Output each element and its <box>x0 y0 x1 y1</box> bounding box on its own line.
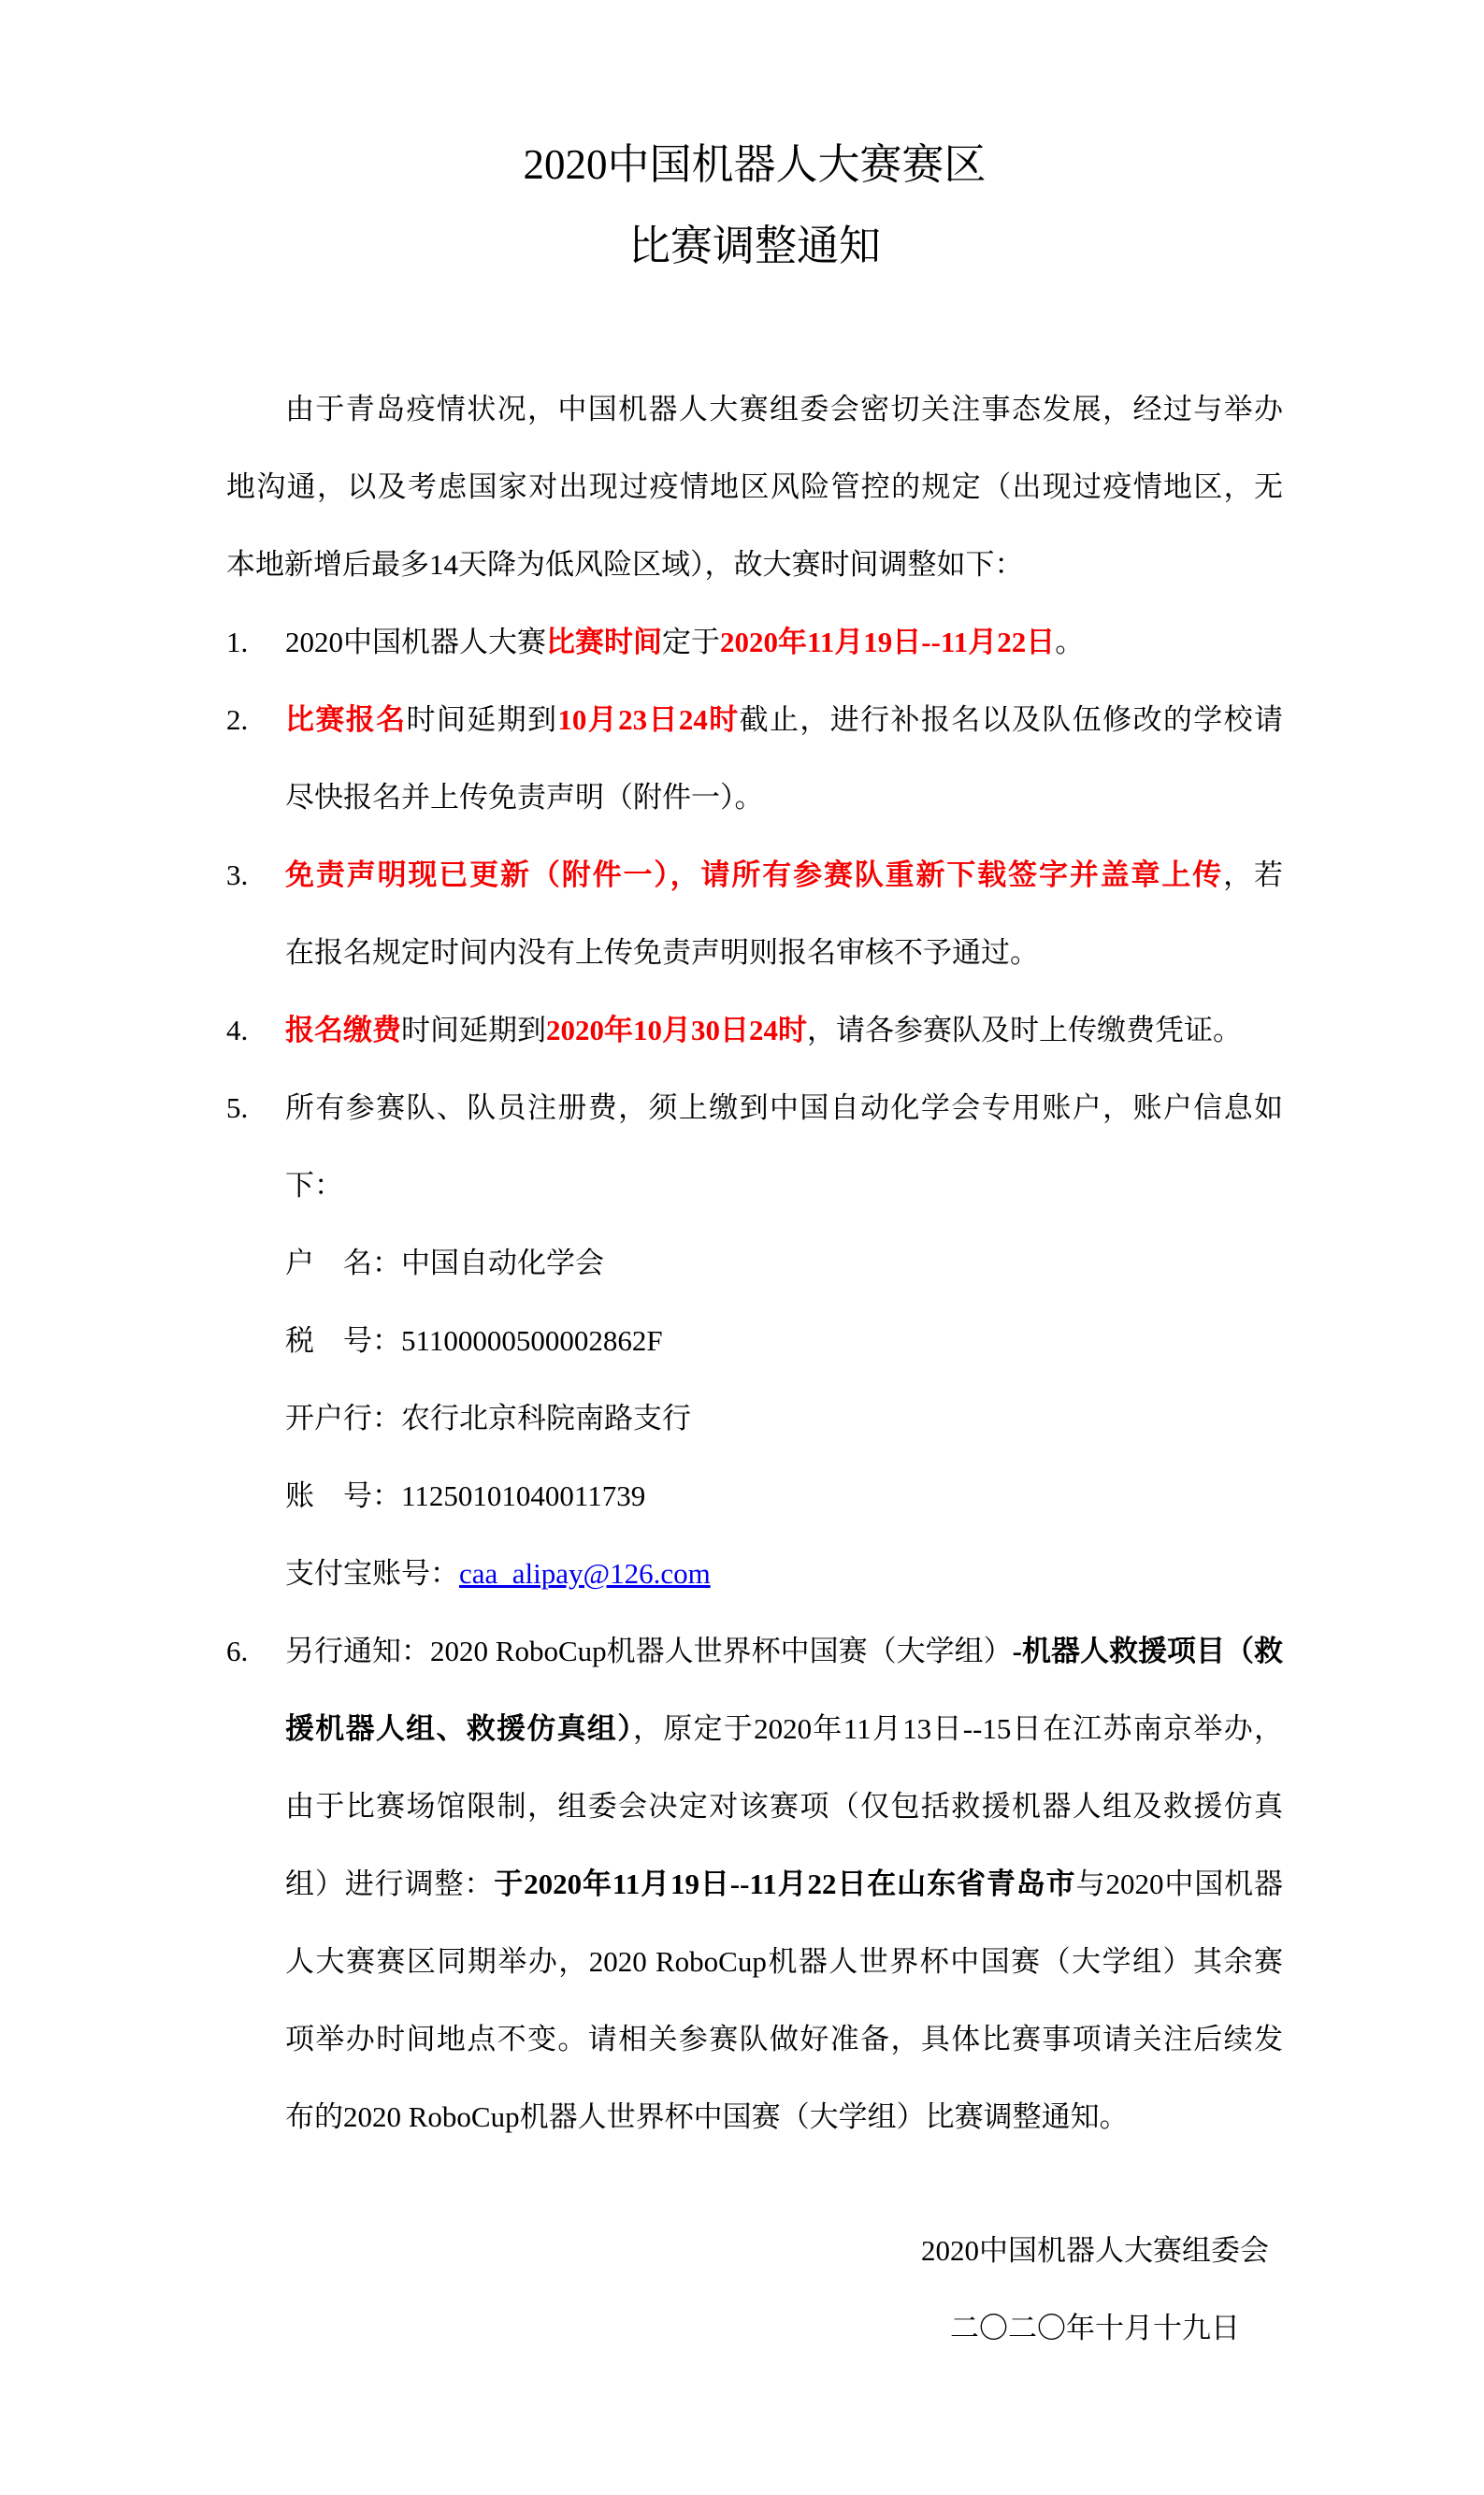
text-line: 组）进行调整：于2020年11月19日--11月22日在山东省青岛市与2020中… <box>285 1845 1283 1923</box>
text-segment: ，若 <box>1223 858 1283 891</box>
text-segment: 。 <box>1055 626 1084 658</box>
title-line-2: 比赛调整通知 <box>226 206 1283 287</box>
alipay-label: 支付宝账号： <box>285 1557 459 1590</box>
text-line: 2020中国机器人大赛比赛时间定于2020年11月19日--11月22日。 <box>285 603 1283 681</box>
title-line-1: 2020中国机器人大赛赛区 <box>226 124 1283 206</box>
list-number-3: 3. <box>226 836 285 914</box>
text-segment: 人大赛赛区同期举办，2020 RoboCup机器人世界杯中国赛（大学组）其余赛 <box>285 1945 1283 1978</box>
list-item-6: 6. 另行通知：2020 RoboCup机器人世界杯中国赛（大学组）-机器人救援… <box>226 1612 1283 2156</box>
account-alipay-row: 支付宝账号：caa_alipay@126.com <box>285 1535 1283 1612</box>
list-number-1: 1. <box>226 603 285 681</box>
intro-line-2: 地沟通，以及考虑国家对出现过疫情地区风险管控的规定（出现过疫情地区，无 <box>226 448 1283 526</box>
text-line: 尽快报名并上传免责声明（附件一）。 <box>285 758 1283 836</box>
text-segment: 比赛报名 <box>285 703 407 736</box>
account-name-row: 户 名：中国自动化学会 <box>285 1224 1283 1302</box>
text-segment: 2020年11月19日--11月22日 <box>720 626 1055 658</box>
text-segment: 另行通知：2020 RoboCup机器人世界杯中国赛（大学组） <box>285 1635 1013 1667</box>
text-line: 项举办时间地点不变。请相关参赛队做好准备，具体比赛事项请关注后续发 <box>285 2000 1283 2078</box>
text-segment: 与2020中国机器 <box>1076 1868 1283 1900</box>
account-bank-label: 开户行： <box>285 1402 401 1435</box>
account-number-label: 账 号： <box>285 1479 401 1512</box>
text-segment: 截止，进行补报名以及队伍修改的学校请 <box>740 703 1283 736</box>
list-item-1: 1. 2020中国机器人大赛比赛时间定于2020年11月19日--11月22日。 <box>226 603 1283 681</box>
text-segment: 时间延期到 <box>401 1014 546 1046</box>
text-line: 援机器人组、救援仿真组），原定于2020年11月13日--15日在江苏南京举办， <box>285 1690 1283 1767</box>
text-line: 下： <box>285 1147 1283 1224</box>
account-tax-value: 51100000500002862F <box>401 1324 663 1357</box>
text-segment: 所有参赛队、队员注册费，须上缴到中国自动化学会专用账户，账户信息如 <box>285 1091 1283 1124</box>
text-line: 布的2020 RoboCup机器人世界杯中国赛（大学组）比赛调整通知。 <box>285 2078 1283 2156</box>
text-line: 另行通知：2020 RoboCup机器人世界杯中国赛（大学组）-机器人救援项目（… <box>285 1612 1283 1690</box>
text-segment: 下： <box>285 1169 343 1202</box>
document-title: 2020中国机器人大赛赛区 比赛调整通知 <box>226 124 1283 287</box>
signature-organization: 2020中国机器人大赛组委会 <box>226 2212 1283 2289</box>
text-segment: 比赛时间 <box>546 626 662 658</box>
list-number-2: 2. <box>226 681 285 758</box>
account-number-row: 账 号：11250101040011739 <box>285 1457 1283 1535</box>
text-line: 在报名规定时间内没有上传免责声明则报名审核不予通过。 <box>285 914 1283 991</box>
list-item-2: 2. 比赛报名时间延期到10月23日24时截止，进行补报名以及队伍修改的学校请 … <box>226 681 1283 836</box>
text-segment: 布的2020 RoboCup机器人世界杯中国赛（大学组）比赛调整通知。 <box>285 2100 1129 2133</box>
list-item-5: 5. 所有参赛队、队员注册费，须上缴到中国自动化学会专用账户，账户信息如 下： … <box>226 1069 1283 1612</box>
account-bank-value: 农行北京科院南路支行 <box>401 1402 691 1435</box>
document-page: 2020中国机器人大赛赛区 比赛调整通知 由于青岛疫情状况，中国机器人大赛组委会… <box>226 0 1283 2367</box>
text-segment: ，请各参赛队及时上传缴费凭证。 <box>807 1014 1242 1046</box>
account-tax-label: 税 号： <box>285 1324 401 1357</box>
text-segment: 免责声明现已更新（附件一），请所有参赛队重新下载签字并盖章上传 <box>285 858 1223 891</box>
signature-date: 二〇二〇年十月十九日 <box>226 2289 1283 2367</box>
text-segment: 项举办时间地点不变。请相关参赛队做好准备，具体比赛事项请关注后续发 <box>285 2023 1283 2055</box>
account-bank-row: 开户行：农行北京科院南路支行 <box>285 1379 1283 1457</box>
text-segment: 时间延期到 <box>407 703 558 736</box>
text-segment: 由于比赛场馆限制，组委会决定对该赛项（仅包括救援机器人组及救援仿真 <box>285 1790 1283 1823</box>
list-item-4: 4. 报名缴费时间延期到2020年10月30日24时，请各参赛队及时上传缴费凭证… <box>226 991 1283 1069</box>
account-name-value: 中国自动化学会 <box>401 1247 604 1279</box>
text-segment: 2020中国机器人大赛 <box>285 626 546 658</box>
text-line: 人大赛赛区同期举办，2020 RoboCup机器人世界杯中国赛（大学组）其余赛 <box>285 1923 1283 2000</box>
alipay-email-link[interactable]: caa_alipay@126.com <box>459 1557 711 1590</box>
text-segment: 10月23日24时 <box>557 703 739 736</box>
text-segment: 于2020年11月19日--11月22日在山东省青岛市 <box>494 1868 1075 1900</box>
list-number-4: 4. <box>226 991 285 1069</box>
intro-line-3: 本地新增后最多14天降为低风险区域），故大赛时间调整如下： <box>226 526 1283 603</box>
text-segment: -机器人救援项目（救 <box>1013 1635 1283 1667</box>
list-number-6: 6. <box>226 1612 285 1690</box>
intro-line-1: 由于青岛疫情状况，中国机器人大赛组委会密切关注事态发展，经过与举办 <box>226 370 1283 448</box>
text-segment: 报名缴费 <box>285 1014 401 1046</box>
text-segment: 尽快报名并上传免责声明（附件一）。 <box>285 781 764 814</box>
text-line: 所有参赛队、队员注册费，须上缴到中国自动化学会专用账户，账户信息如 <box>285 1069 1283 1147</box>
text-line: 免责声明现已更新（附件一），请所有参赛队重新下载签字并盖章上传，若 <box>285 836 1283 914</box>
text-segment: 定于 <box>662 626 720 658</box>
text-segment: 组）进行调整： <box>285 1868 494 1900</box>
text-line: 由于比赛场馆限制，组委会决定对该赛项（仅包括救援机器人组及救援仿真 <box>285 1767 1283 1845</box>
list-item-3: 3. 免责声明现已更新（附件一），请所有参赛队重新下载签字并盖章上传，若 在报名… <box>226 836 1283 991</box>
account-tax-row: 税 号：51100000500002862F <box>285 1302 1283 1379</box>
text-segment: 在报名规定时间内没有上传免责声明则报名审核不予通过。 <box>285 936 1039 969</box>
list-number-5: 5. <box>226 1069 285 1147</box>
text-segment: 援机器人组、救援仿真组） <box>285 1712 633 1745</box>
document-body: 由于青岛疫情状况，中国机器人大赛组委会密切关注事态发展，经过与举办 地沟通，以及… <box>226 370 1283 2156</box>
account-number-value: 11250101040011739 <box>401 1479 645 1512</box>
signature-block: 2020中国机器人大赛组委会 二〇二〇年十月十九日 <box>226 2212 1283 2367</box>
text-line: 比赛报名时间延期到10月23日24时截止，进行补报名以及队伍修改的学校请 <box>285 681 1283 758</box>
text-line: 报名缴费时间延期到2020年10月30日24时，请各参赛队及时上传缴费凭证。 <box>285 991 1283 1069</box>
account-name-label: 户 名： <box>285 1247 401 1279</box>
text-segment: ，原定于2020年11月13日--15日在江苏南京举办， <box>633 1712 1283 1745</box>
text-segment: 2020年10月30日24时 <box>546 1014 807 1046</box>
